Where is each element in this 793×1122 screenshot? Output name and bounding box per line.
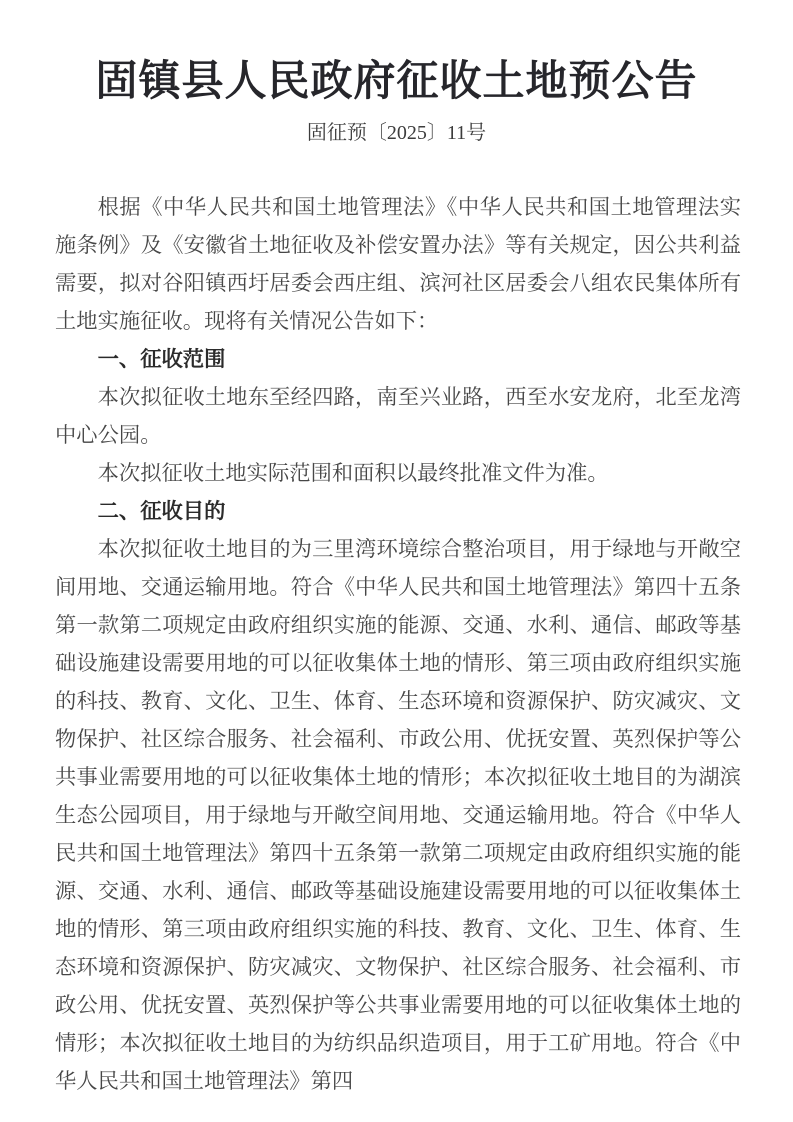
paragraph-intro: 根据《中华人民共和国土地管理法》《中华人民共和国土地管理法实施条例》及《安徽省土…	[55, 188, 741, 340]
section-1-paragraph-final-approval: 本次拟征收土地实际范围和面积以最终批准文件为准。	[55, 454, 741, 492]
document-body: 根据《中华人民共和国土地管理法》《中华人民共和国土地管理法实施条例》及《安徽省土…	[55, 188, 741, 1100]
section-2-heading: 二、征收目的	[55, 492, 741, 530]
section-2-paragraph-purpose: 本次拟征收土地目的为三里湾环境综合整治项目，用于绿地与开敞空间用地、交通运输用地…	[55, 530, 741, 1100]
document-number: 固征预〔2025〕11号	[0, 120, 793, 146]
section-1-heading: 一、征收范围	[55, 340, 741, 378]
section-1-paragraph-boundaries: 本次拟征收土地东至经四路，南至兴业路，西至水安龙府，北至龙湾中心公园。	[55, 378, 741, 454]
document-title: 固镇县人民政府征收土地预公告	[0, 0, 793, 108]
document-page: 固镇县人民政府征收土地预公告 固征预〔2025〕11号 根据《中华人民共和国土地…	[0, 0, 793, 1122]
